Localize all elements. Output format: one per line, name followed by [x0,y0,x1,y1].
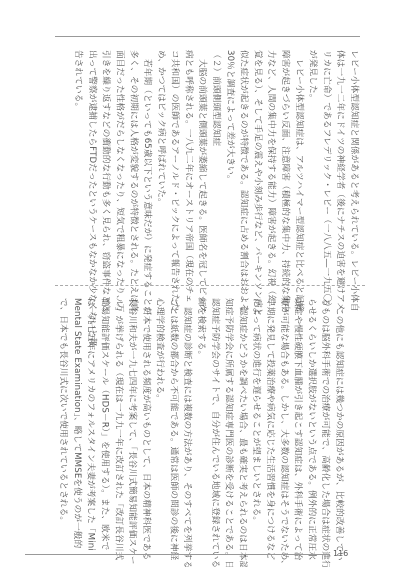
text-line: 早期に発見して投薬治療や病気に応じた生活習慣を身につけるなど [262,298,276,522]
text-line: が発見した。 [305,50,319,268]
text-line: 力など、人間の集中力を保持する能力）障害が起きる。幻視（幻 [263,50,277,268]
text-line: Mental State Examination」、略してMMSEを使うのが一般… [69,298,83,522]
text-line: 認知症予防学会のサイトで、自分が住んでいる地域に登録されている医 [207,298,221,522]
text-line: 告されている。 [70,50,84,268]
text-line: レビー小体型認知症は、アルツハイマー型認知症と比べると記憶 [291,50,305,268]
section-divider-dashed [55,285,365,286]
text-line: 面目だった性格がだらしなくなったり、短気で粗暴になったり、万 [112,50,126,268]
text-line: リカに亡命）であるフレデリック・レビー（一八八五―一九五〇） [319,50,333,268]
text-line: 体は一九一二年にドイツの神経学者（後にナチスの迫害を避けアメ [332,50,346,268]
text-line: らせるくらいしか選択肢がないという点である。例外的に正常圧水 [304,298,318,522]
text-line: で、日本でも長谷川式に次いで使用されているとされる。 [55,298,69,522]
text-line: 頭症や慢性硬膜下血腫が引き起こす認知症は、外科手術によって治 [290,298,304,522]
text-line: 認知症の診断と検査には複数の方法があり、そのすべてを列挙する [179,298,193,522]
text-line: 心理学的検査が行われる。 [152,298,166,522]
text-line: 障害が起きづらい反面、注意障害（積極的な集中力、持続的な集中 [277,50,291,268]
text-line: は一九七五年にアメリカのフォルスタイン夫妻が考案した「Mini [83,298,97,522]
top-text-block: レビー小体型認知症と関係があると考えられている。レビー小体自体は一九一二年にドイ… [70,50,360,268]
text-line: 病とも呼称される。一八九二年にオーストリア帝国（現在のチェ [181,50,195,268]
text-line: 知症予防学会に所属する認知症専門医の診断を受けることである。日本 [221,298,235,522]
text-line: 若年期（といっても65歳以下という意味だが）に発症することが [139,50,153,268]
text-line: るものは脳外科手術での治療が可能で、高齢化した場合は症状の進行を遅 [317,298,331,522]
text-line: 日本で使用される頻度が高いものとして、日本の精神科医である [138,298,152,522]
text-line: 師を検索する。 [193,298,207,522]
section-heading: （２）前頭側頭型認知症 [208,50,222,268]
text-line: め、かつてはピック病と呼ばれていた。 [153,50,167,268]
text-line: 似た症状が起きるのが特徴である。認知症に占める割合はおおよそ [236,50,250,268]
page-number: 116 [333,549,348,558]
text-line: によって病状の進行を遅らせることが望ましいとされる。 [248,298,262,522]
text-line: 長谷川和夫が一九七四年に考案して、「長谷川式簡易知能評価スケー [124,298,138,522]
text-line: 療が可能な場合もある。しかし、大多数の認知症はそうでないため、 [276,298,290,522]
text-line: この他にも認知症には幾つかの原因があるが、比較的改善してい [331,298,345,522]
text-line: 大脳の前頭葉と側頭葉が萎縮して起きる。医師名を冠してピック [194,50,208,268]
text-line: 出って警察が逮捕したらFTDだったというケースもなかなか少なくないと報 [84,50,98,268]
text-line: コ共和国）の医師であるアーノルド・ピックによって報告されたた [167,50,181,268]
text-line: 30％と調査によって差が大きい。 [222,50,236,268]
text-line: 引きを繰り返すなどの衝動的な行動も多く見られ、窃盗事件などと [98,50,112,268]
text-line: 覚を見る）、そして手足の震えや小刻み歩行など、パーキンソン病と [250,50,264,268]
text-line: 多く、その初期には人格が変貌するのが特徴とされる。たとえば真 [125,50,139,268]
text-line: 認知症かどうかを調べたい場合、最も確実と考えられるのは日本認 [235,298,249,522]
bottom-text-block: この他にも認知症には幾つかの原因があるが、比較的改善しているものは脳外科手術での… [55,298,345,522]
footer-rule [25,554,330,555]
text-line: 簡易知能評価スケール（HDS－R）」を使用する）。また、欧米で [97,298,111,522]
text-line: ことは紙数の都合から不可能である。通常は医師の問診の後に神経 [166,298,180,522]
text-line: レビー小体型認知症と関係があると考えられている。レビー小体自 [346,50,360,268]
text-line: ル」が挙げられる（現在は一九九一年に改訂された「改訂長谷川式 [110,298,124,522]
header-rule [55,36,360,37]
